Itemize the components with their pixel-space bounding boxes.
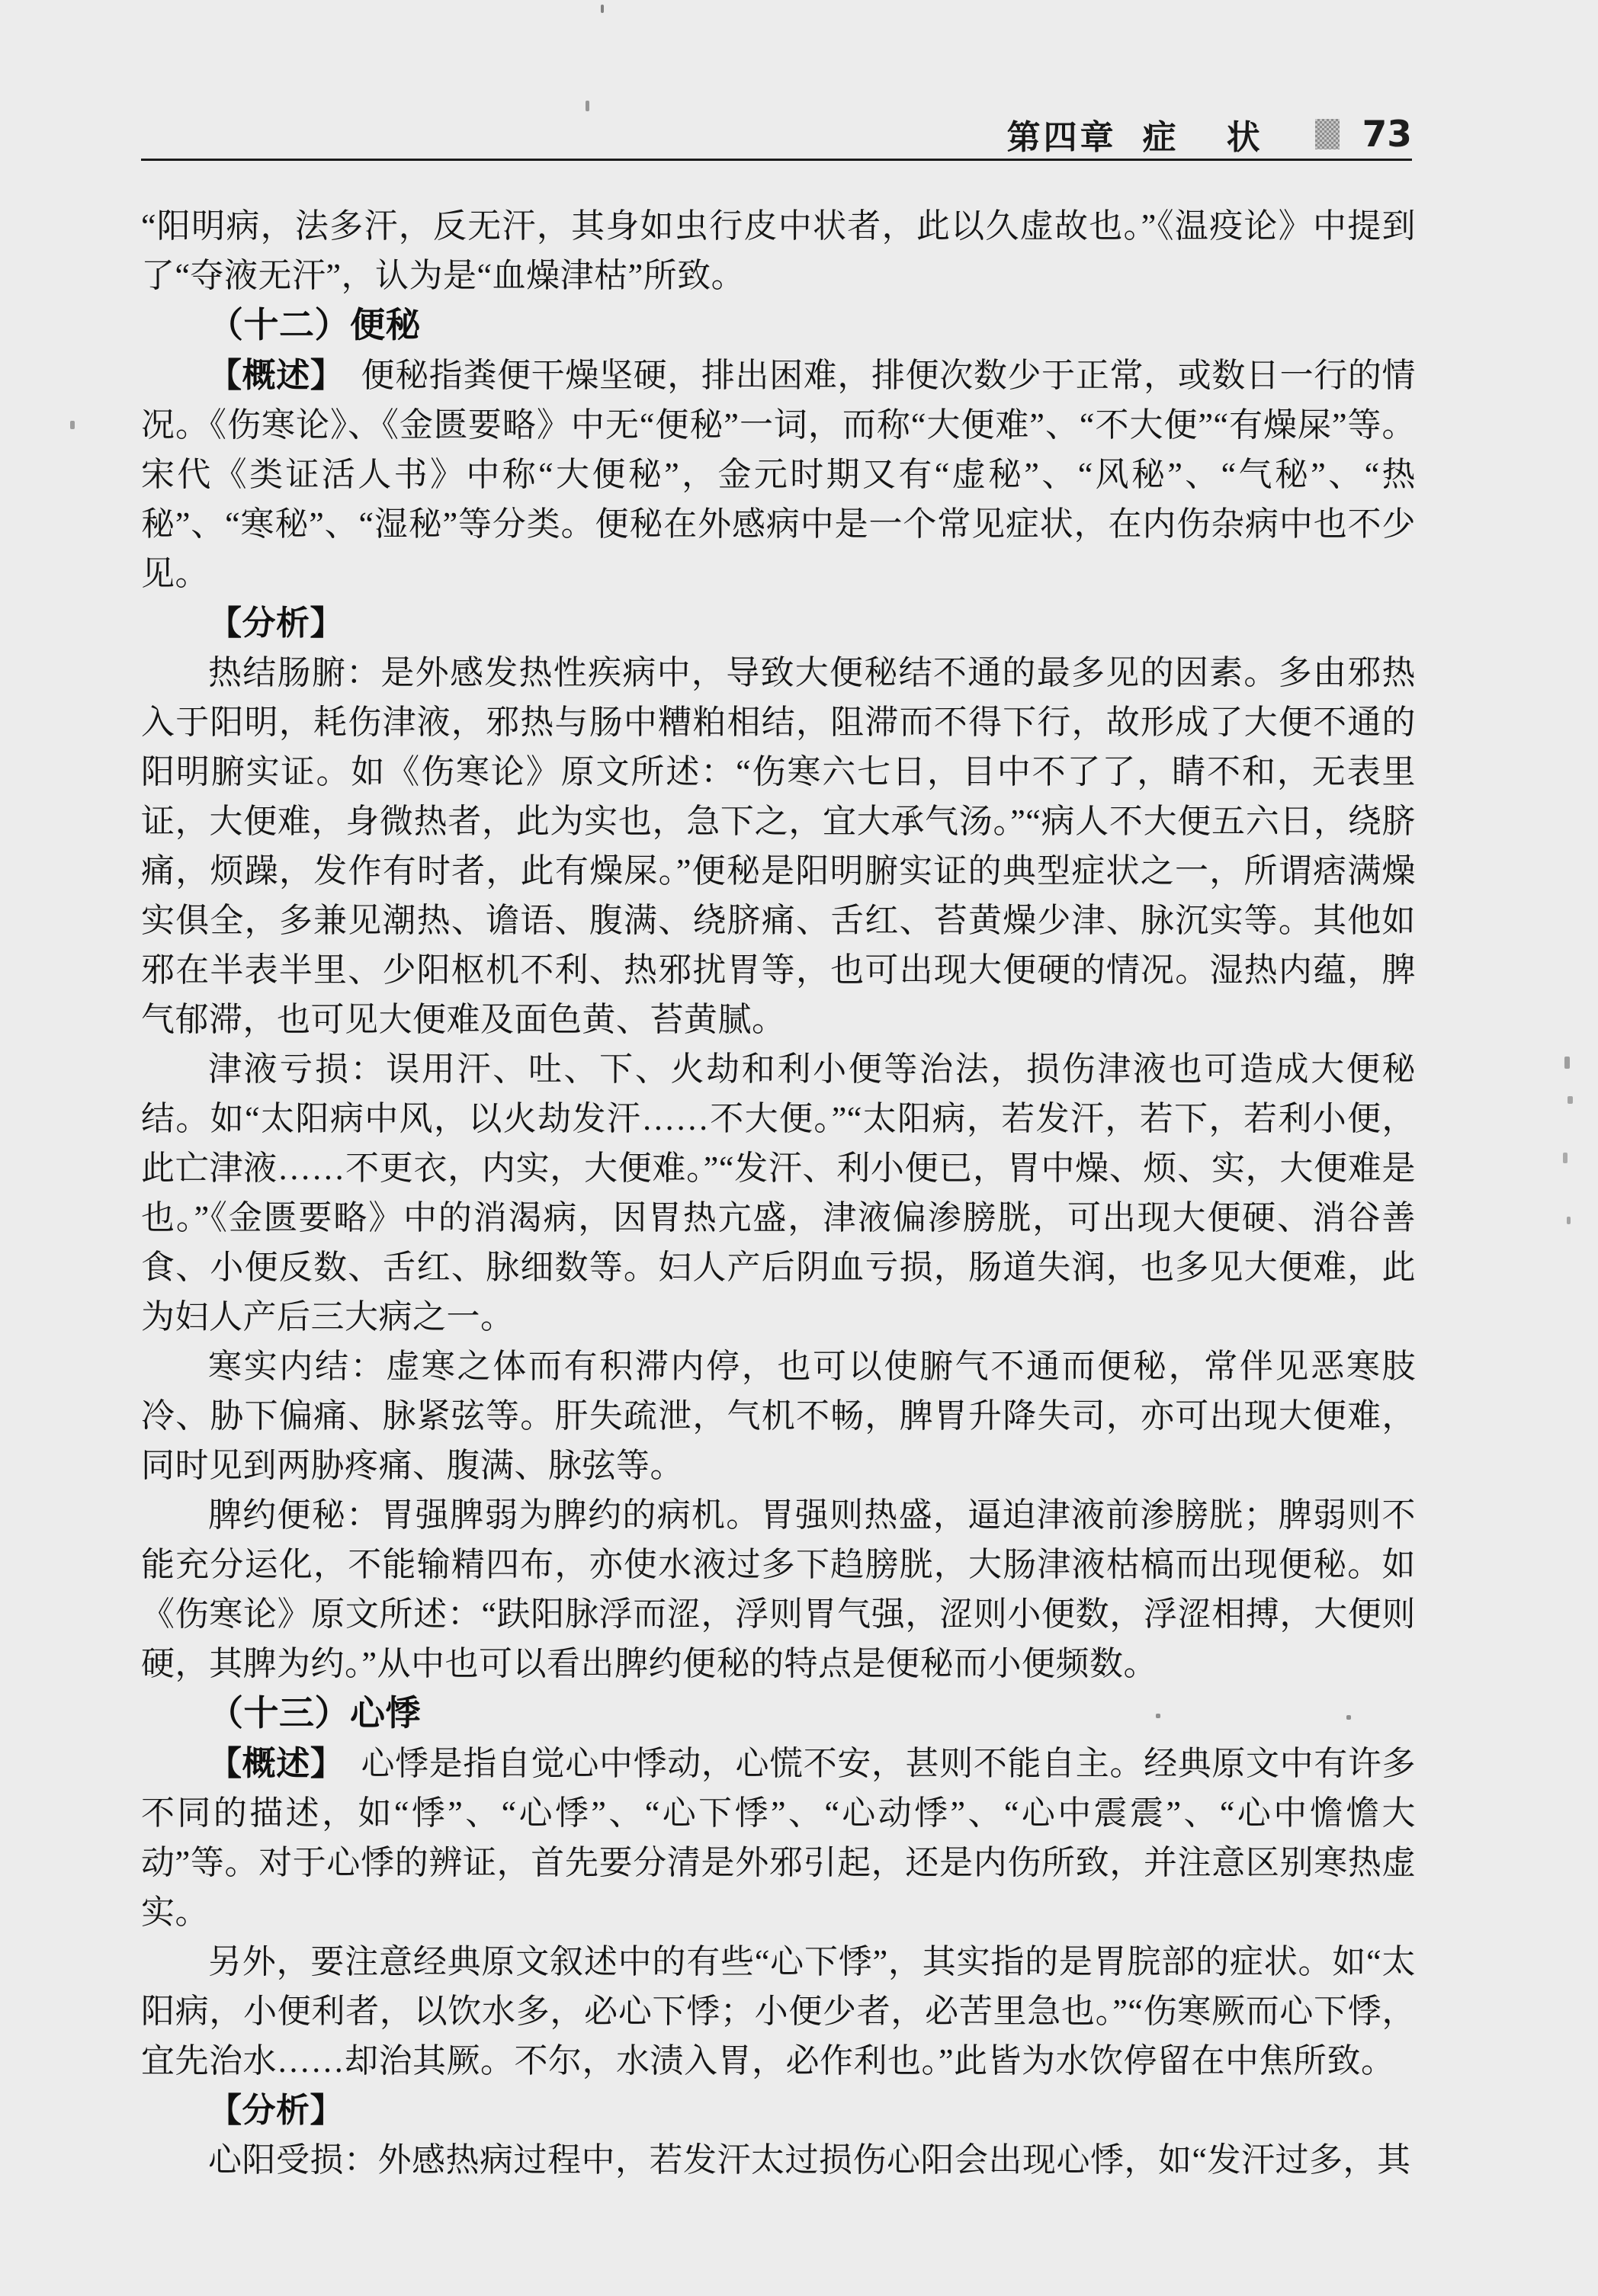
scan-artifact <box>1564 1057 1570 1069</box>
analysis-label-text: 【分析】 <box>208 604 344 642</box>
section-heading-text: （十二）便秘 <box>208 305 421 345</box>
paragraph-text: “阳明病，法多汗，反无汗，其身如虫行皮中状者，此以久虚故也。”《温疫论》中提到了… <box>141 207 1416 294</box>
scan-artifact <box>1346 1715 1351 1720</box>
scan-artifact <box>1567 1217 1571 1224</box>
paragraph-text: 津液亏损：误用汗、吐、下、火劫和利小便等治法，损伤津液也可造成大便秘结。如“太阳… <box>141 1050 1416 1336</box>
paragraph-cold-excess: 寒实内结：虚寒之体而有积滞内停，也可以使腑气不通而便秘，常伴见恶寒肢冷、胁下偏痛… <box>141 1342 1416 1490</box>
analysis-label-text: 【分析】 <box>208 2092 344 2129</box>
paragraph-continuation: “阳明病，法多汗，反无汗，其身如虫行皮中状者，此以久虚故也。”《温疫论》中提到了… <box>141 201 1416 300</box>
analysis-label-constipation: 【分析】 <box>141 598 1416 648</box>
chapter-label: 第四章 <box>1007 110 1117 159</box>
scan-artifact <box>1156 1714 1160 1718</box>
halftone-square-icon <box>1315 119 1340 149</box>
paragraph-text: 热结肠腑：是外感发热性疾病中，导致大便秘结不通的最多见的因素。多由邪热入于阳明，… <box>141 654 1416 1038</box>
analysis-label-palpitation: 【分析】 <box>141 2086 1416 2135</box>
scan-artifact <box>1563 1153 1568 1163</box>
paragraph-text: 脾约便秘：胃强脾弱为脾约的病机。胃强则热盛，逼迫津液前渗膀胱；脾弱则不能充分运化… <box>141 1496 1416 1682</box>
paragraph-spleen-constraint: 脾约便秘：胃强脾弱为脾约的病机。胃强则热盛，逼迫津液前渗膀胱；脾弱则不能充分运化… <box>141 1490 1416 1688</box>
scan-artifact <box>1568 1096 1573 1104</box>
overview-label: 【概述】 <box>208 357 345 394</box>
scanned-book-page: 第四章 症 状 73 “阳明病，法多汗，反无汗，其身如虫行皮中状者，此以久虚故也… <box>0 0 1598 2296</box>
scan-artifact <box>586 101 589 111</box>
paragraph-heat-bound-bowel: 热结肠腑：是外感发热性疾病中，导致大便秘结不通的最多见的因素。多由邪热入于阳明，… <box>141 648 1416 1044</box>
paragraph-text: 寒实内结：虚寒之体而有积滞内停，也可以使腑气不通而便秘，常伴见恶寒肢冷、胁下偏痛… <box>141 1348 1416 1484</box>
paragraph-overview-constipation: 【概述】便秘指粪便干燥坚硬，排出困难，排便次数少于正常，或数日一行的情况。《伤寒… <box>141 351 1416 598</box>
section-heading-palpitation: （十三）心悸 <box>141 1688 1416 1739</box>
paragraph-text: 心阳受损：外感热病过程中，若发汗太过损伤心阳会出现心悸，如“发汗过多，其 <box>208 2141 1411 2179</box>
scan-artifact <box>601 5 604 13</box>
header-rule <box>141 159 1412 161</box>
paragraph-fluid-depletion: 津液亏损：误用汗、吐、下、火劫和利小便等治法，损伤津液也可造成大便秘结。如“太阳… <box>141 1044 1416 1342</box>
paragraph-heart-yang-damage: 心阳受损：外感热病过程中，若发汗太过损伤心阳会出现心悸，如“发汗过多，其 <box>141 2135 1416 2185</box>
section-heading-text: （十三）心悸 <box>208 1693 421 1733</box>
section-heading-constipation: （十二）便秘 <box>141 300 1416 351</box>
chapter-title-char-1: 症 <box>1143 110 1176 159</box>
page-number: 73 <box>1362 114 1412 156</box>
paragraph-palpitation-note: 另外，要注意经典原文叙述中的有些“心下悸”，其实指的是胃脘部的症状。如“太阳病，… <box>141 1937 1416 2086</box>
overview-label: 【概述】 <box>208 1745 345 1782</box>
scan-artifact <box>70 421 75 429</box>
paragraph-text: 另外，要注意经典原文叙述中的有些“心下悸”，其实指的是胃脘部的症状。如“太阳病，… <box>141 1943 1416 2080</box>
chapter-title-char-2: 状 <box>1227 110 1260 159</box>
running-header: 第四章 症 状 73 <box>141 113 1412 156</box>
page-body: “阳明病，法多汗，反无汗，其身如虫行皮中状者，此以久虚故也。”《温疫论》中提到了… <box>141 201 1416 2185</box>
paragraph-overview-palpitation: 【概述】心悸是指自觉心中悸动，心慌不安，甚则不能自主。经典原文中有许多不同的描述… <box>141 1739 1416 1937</box>
